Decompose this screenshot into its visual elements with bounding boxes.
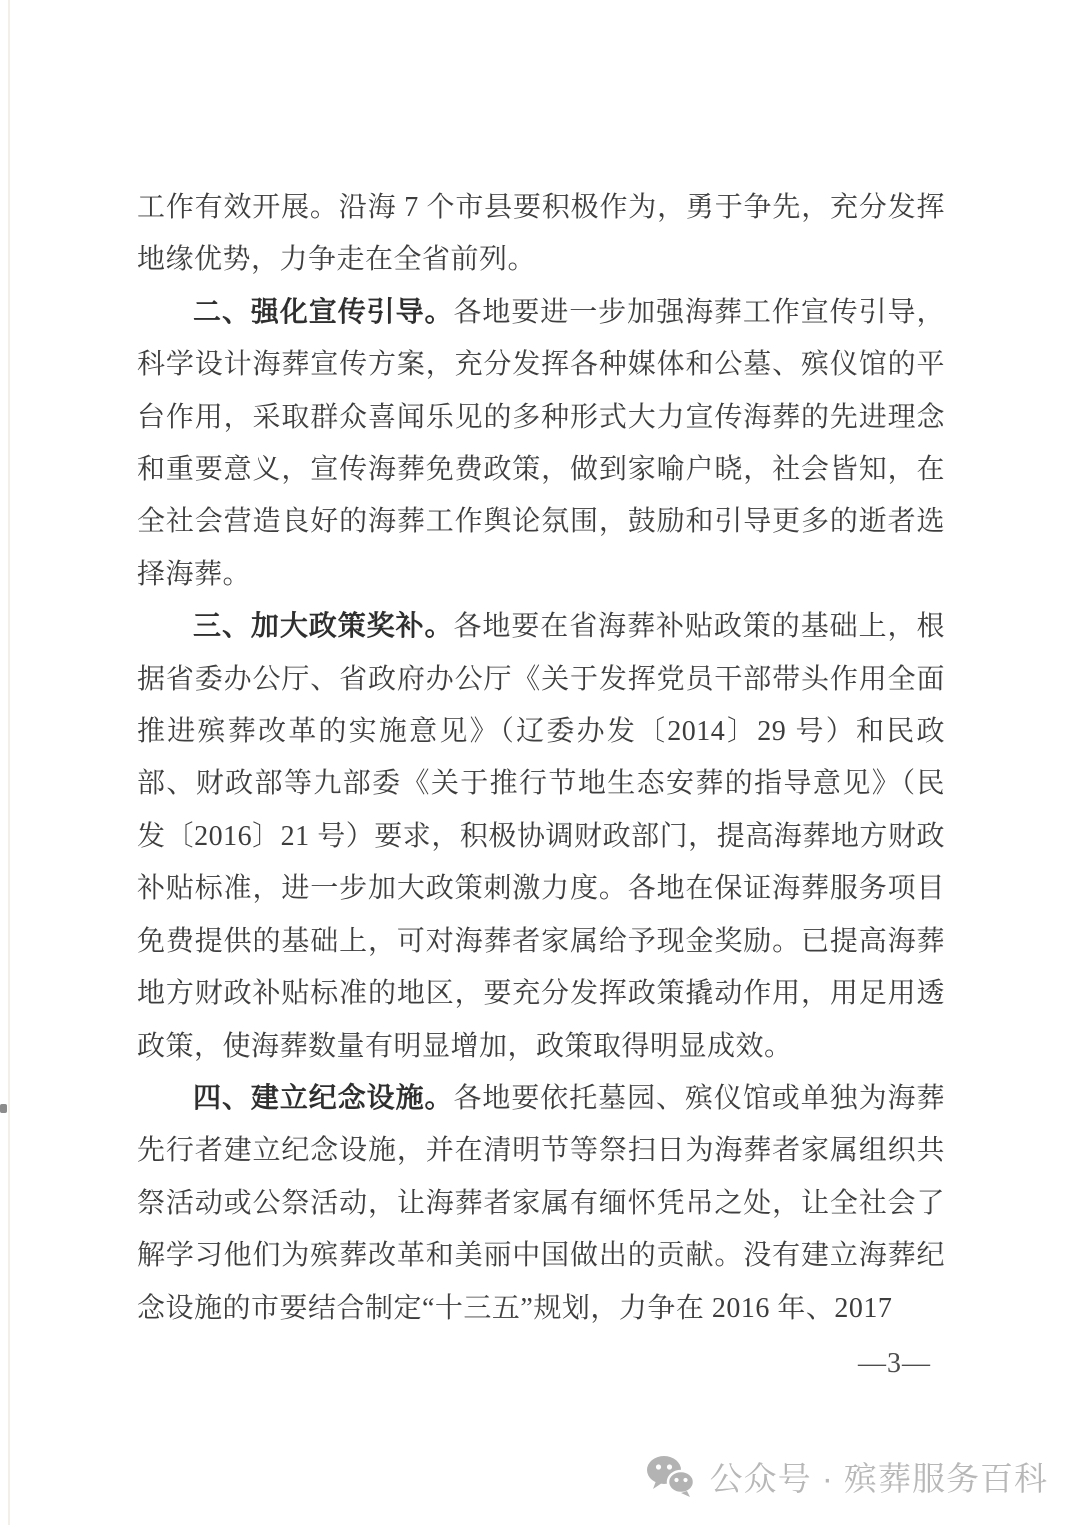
paragraph-heading: 四、建立纪念设施。 <box>193 1083 453 1114</box>
paragraph-text: 各地要在省海葬补贴政策的基础上，根据省委办公厅、省政府办公厅《关于发挥党员干部带… <box>137 611 945 1061</box>
paragraph-text: 各地要进一步加强海葬工作宣传引导，科学设计海葬宣传方案，充分发挥各种媒体和公墓、… <box>137 297 945 590</box>
paragraph-section-4: 四、建立纪念设施。各地要依托墓园、殡仪馆或单独为海葬先行者建立纪念设施，并在清明… <box>137 1073 945 1335</box>
document-page: 工作有效开展。沿海 7 个市县要积极作为，勇于争先，充分发挥地缘优势，力争走在全… <box>0 0 1080 1525</box>
document-body: 工作有效开展。沿海 7 个市县要积极作为，勇于争先，充分发挥地缘优势，力争走在全… <box>137 182 945 1335</box>
paragraph-continuation: 工作有效开展。沿海 7 个市县要积极作为，勇于争先，充分发挥地缘优势，力争走在全… <box>137 182 945 287</box>
paragraph-text: 工作有效开展。沿海 7 个市县要积极作为，勇于争先，充分发挥地缘优势，力争走在全… <box>137 192 945 275</box>
wechat-icon <box>646 1455 696 1497</box>
page-number: —3— <box>858 1348 978 1380</box>
paragraph-text: 各地要依托墓园、殡仪馆或单独为海葬先行者建立纪念设施，并在清明节等祭扫日为海葬者… <box>137 1083 945 1324</box>
paragraph-heading: 三、加大政策奖补。 <box>193 611 453 642</box>
scan-edge-artifact <box>8 0 10 1525</box>
wechat-watermark: 公众号 · 殡葬服务百科 <box>646 1450 1048 1502</box>
paragraph-heading: 二、强化宣传引导。 <box>193 297 453 328</box>
paragraph-section-3: 三、加大政策奖补。各地要在省海葬补贴政策的基础上，根据省委办公厅、省政府办公厅《… <box>137 601 945 1073</box>
paragraph-section-2: 二、强化宣传引导。各地要进一步加强海葬工作宣传引导，科学设计海葬宣传方案，充分发… <box>137 287 945 601</box>
scan-speck-artifact <box>0 1104 7 1113</box>
watermark-text: 公众号 · 殡葬服务百科 <box>710 1453 1048 1500</box>
